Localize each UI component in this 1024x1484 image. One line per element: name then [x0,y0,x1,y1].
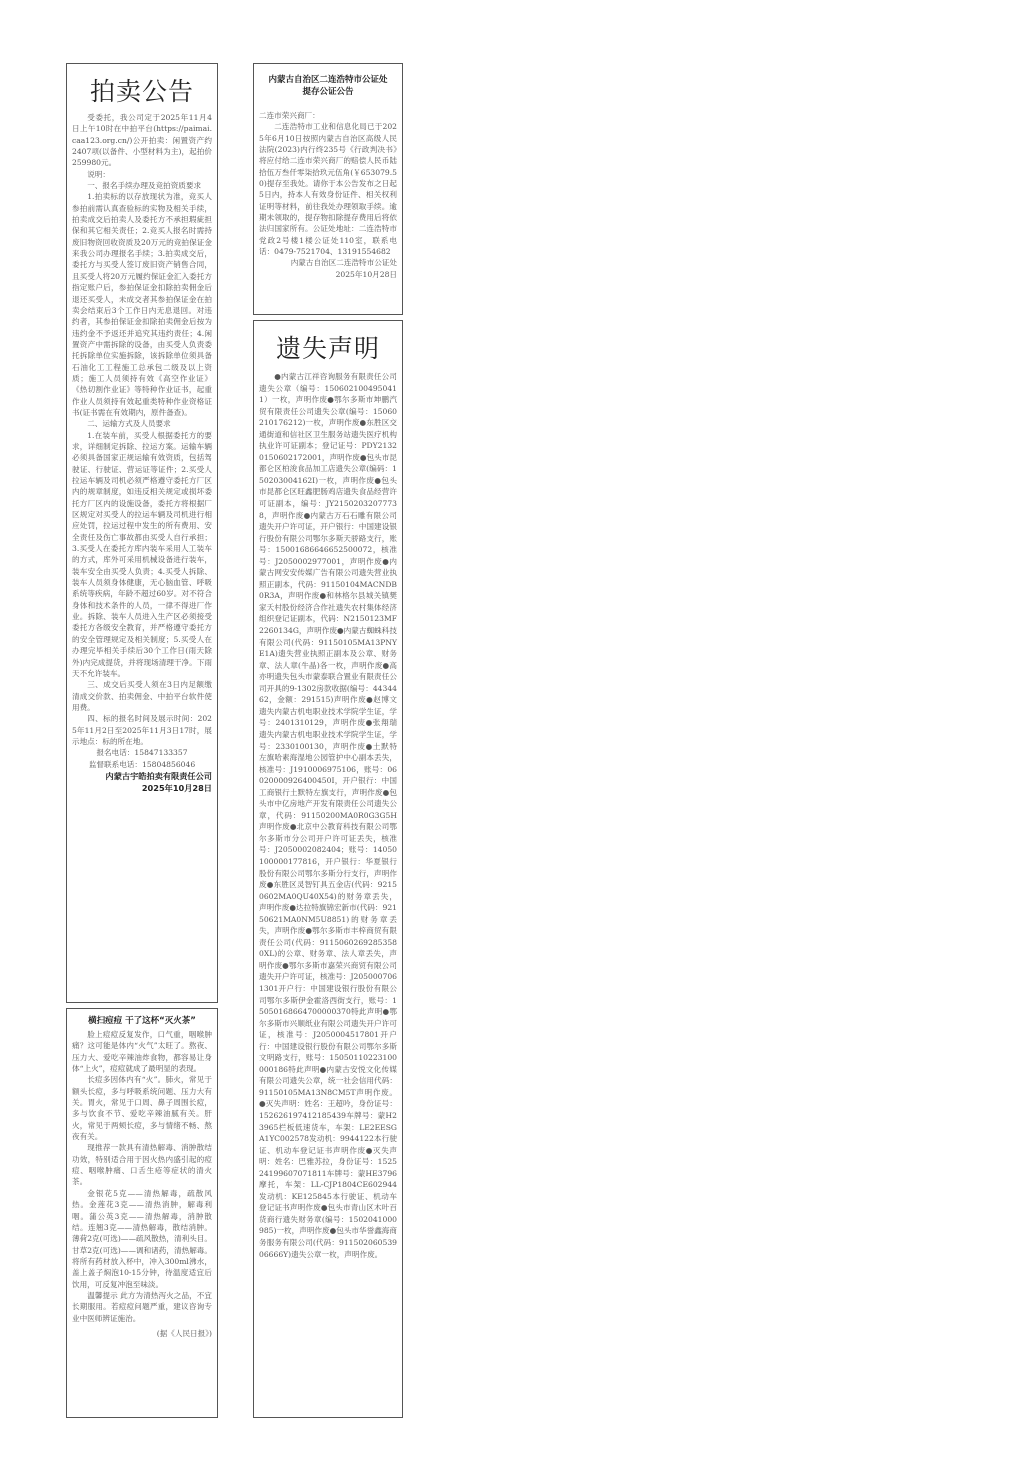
notary-body: 二连市荣兴商厂： 二连浩特市工业和信息化局已于2025年6月10日按照内蒙古自治… [254,110,402,280]
auction-para: 1.在装车前，买受人根据委托方的要求，详细制定拆除、拉运方案。运输车辆必须具备国… [72,430,212,680]
auction-body: 受委托，我公司定于2025年11月4日上午10时在中拍平台(https://pa… [67,112,217,770]
phone-register: 报名电话：15847133357 [72,747,212,758]
notary-notice: 内蒙古自治区二连浩特市公证处 提存公证公告 二连市荣兴商厂： 二连浩特市工业和信… [253,63,403,315]
lost-notice-list: ●内蒙古江祥咨询服务有限责任公司遗失公章（编号：1506021004950411… [254,371,402,1260]
auction-para: 二、运输方式及人员要求 [72,418,212,429]
notary-title-line1: 内蒙古自治区二连浩特市公证处 [258,74,398,86]
health-article: 横扫痘痘 干了这杯“灭火茶” 脸上痘痘反复发作，口气重，咽喉肿痛？这可能是体内“… [66,1008,218,1418]
health-para: 长痘多因体内有“火”。肺火，常见于额头长痘，多与呼吸系统问题、压力大有关。胃火，… [72,1074,212,1142]
phone-complaint: 监督联系电话：15804856046 [72,759,212,770]
health-body: 脸上痘痘反复发作，口气重，咽喉肿痛？这可能是体内“火气”太旺了。熬夜、压力大、爱… [67,1029,217,1339]
notary-signature: 内蒙古自治区二连浩特市公证处 [259,257,397,268]
auction-date: 2025年10月28日 [67,782,217,794]
health-para: 金银花5克——清热解毒，疏散风热。金莲花3克——清热消肿，解毒利咽。蒲公英3克—… [72,1188,212,1290]
health-para: 温馨提示 此方为清热泻火之品，不宜长期服用。若痘痘问题严重，建议咨询专业中医师辨… [72,1290,212,1324]
notary-date: 2025年10月28日 [259,269,397,280]
auction-para: 1.拍卖标的以存放现状为准，竞买人参拍前需认真查验标的实物及相关手续，拍卖成交后… [72,191,212,418]
auction-para: 三、成交后买受人须在3日内足额缴清成交价款、拍卖佣金、中拍平台软件使用费。 [72,679,212,713]
notary-para: 二连浩特市工业和信息化局已于2025年6月10日按照内蒙古自治区高级人民法院(2… [259,121,397,257]
lost-notice: 遗失声明 ●内蒙古江祥咨询服务有限责任公司遗失公章（编号：15060210049… [253,320,403,1418]
health-title: 横扫痘痘 干了这杯“灭火茶” [71,1015,213,1027]
health-para: 脸上痘痘反复发作，口气重，咽喉肿痛？这可能是体内“火气”太旺了。熬夜、压力大、爱… [72,1029,212,1074]
lost-notice-title: 遗失声明 [254,329,402,365]
health-source: (据《人民日报》) [72,1328,212,1339]
auction-notice: 拍卖公告 受委托，我公司定于2025年11月4日上午10时在中拍平台(https… [66,63,218,1003]
notary-title-line2: 提存公证公告 [258,86,398,98]
health-para: 现推荐一款具有清热解毒、消肿散结功效，特别适合用于因火热内盛引起的痘痘、咽喉肿痛… [72,1142,212,1187]
auction-title: 拍卖公告 [67,72,217,108]
auction-para: 四、标的报名时间及展示时间：2025年11月2日至2025年11月3日17时，展… [72,713,212,747]
auction-para: 受委托，我公司定于2025年11月4日上午10时在中拍平台(https://pa… [72,112,212,169]
notary-title: 内蒙古自治区二连浩特市公证处 提存公证公告 [258,74,398,98]
notary-addressee: 二连市荣兴商厂： [259,110,397,121]
auction-para: 说明： [72,169,212,180]
auction-para: 一、报名手续办理及竞拍资质要求 [72,180,212,191]
auction-company: 内蒙古宇皓拍卖有限责任公司 [67,770,217,782]
